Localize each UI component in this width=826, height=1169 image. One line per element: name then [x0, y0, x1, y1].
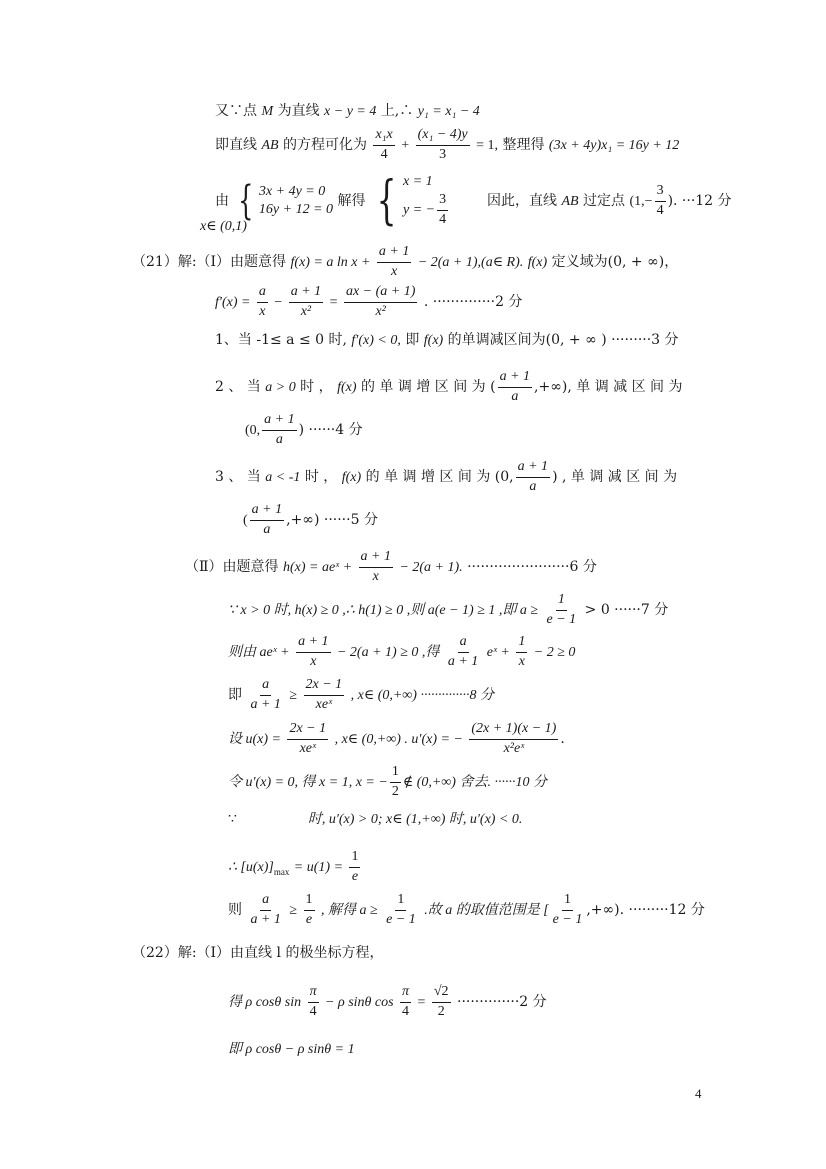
numerator: a + 1	[296, 635, 330, 653]
math: f′(x) =	[215, 295, 250, 310]
part2-line5: 设 u(x) = 2x − 1xeˣ , x∈ (0,+∞) . u′(x) =…	[228, 722, 565, 756]
case-2: 2 、 当 a > 0 时 ， f(x) 的 单 调 增 区 间 为 (a + …	[215, 370, 683, 404]
text: 整理得	[502, 137, 544, 153]
part2-line8: ∴ [u(x)]max = u(1) = 1e	[228, 850, 362, 884]
math: , x∈ (0,+∞) ··············8 分	[351, 688, 494, 703]
numerator: 1	[562, 893, 573, 911]
math: +	[401, 138, 409, 153]
line-system-solve: 由 { 3x + 4y = 0 16y + 12 = 0 解得 { x = 1 …	[215, 175, 732, 227]
text: 1、当 -1≤ a ≤ 0 时,	[215, 332, 347, 348]
numerator: 1	[390, 765, 401, 783]
equation: x = 1	[403, 175, 450, 189]
denominator: a	[261, 521, 272, 538]
denominator: e	[304, 911, 314, 928]
denominator: 2	[390, 783, 401, 800]
numerator: 2x − 1	[287, 722, 328, 740]
text: 即直线	[215, 137, 257, 153]
math: y₁ = x₁ − 4	[418, 104, 480, 119]
equation-system: { 3x + 4y = 0 16y + 12 = 0	[233, 181, 333, 221]
text: 又∵点	[215, 103, 257, 119]
math: a < -1	[265, 470, 300, 485]
math: − 2(a + 1),(a∈ R).	[418, 255, 523, 270]
text: ∵	[228, 811, 237, 827]
numerator: 1	[304, 893, 315, 911]
math: − ρ sinθ cos	[325, 995, 394, 1010]
math: a > 0	[265, 380, 295, 395]
text: 2 、 当	[215, 379, 261, 395]
page-number: 4	[695, 1086, 702, 1102]
math: − 2 ≥ 0	[534, 645, 576, 660]
text: 上,∴	[381, 103, 413, 119]
text: ,+∞), 单 调 减 区 间 为	[534, 379, 682, 395]
denominator: x²	[373, 303, 387, 320]
text: 即	[405, 332, 419, 348]
denominator: 4	[379, 146, 390, 163]
math: f(x)	[342, 470, 361, 485]
math: ≥	[289, 688, 297, 703]
math: ∵ x > 0 时, h(x) ≥ 0 ,∴ h(1) ≥ 0 ,则 a(e −…	[228, 603, 538, 618]
denominator: 3	[437, 146, 448, 163]
math: x − y = 4	[324, 104, 376, 119]
q21-heading: （21）解:（Ⅰ）由题意得 f(x) = a ln x + a + 1x − 2…	[132, 245, 678, 279]
math: f(x)	[337, 380, 356, 395]
math: AB	[561, 194, 578, 209]
math: f(x)	[424, 333, 443, 348]
equation: 16y + 12 = 0	[259, 203, 333, 217]
numerator: √2	[432, 985, 451, 1003]
text: 为直线	[278, 103, 320, 119]
denominator: a	[274, 431, 285, 448]
text: 的 单 调 增 区 间 为 (	[361, 379, 496, 395]
math: f′(x) < 0,	[351, 333, 400, 348]
numerator: a + 1	[377, 245, 411, 263]
fraction: x₁x4	[373, 128, 394, 162]
question-label: （21）解:（Ⅰ）由题意得	[132, 254, 286, 270]
denominator: e − 1	[551, 911, 585, 928]
numerator: 3	[437, 193, 448, 211]
math: = 1,	[476, 138, 498, 153]
math: − 2(a + 1).	[399, 560, 462, 575]
score-text: ·······················6 分	[463, 559, 597, 575]
math: =	[418, 995, 426, 1010]
part2-heading: （Ⅱ）由题意得 h(x) = aeˣ + a + 1x − 2(a + 1). …	[185, 550, 597, 584]
score-text: ). ···12 分	[668, 193, 732, 209]
numerator: a	[260, 893, 271, 911]
text: ) , 单 调 减 区 间 为	[552, 469, 677, 485]
score-text: . ··············2 分	[424, 294, 523, 310]
denominator: xeˣ	[298, 740, 318, 757]
math: 令 u′(x) = 0, 得 x = 1, x = −	[228, 775, 388, 790]
math: = u(1) =	[294, 860, 343, 875]
denominator: x	[257, 303, 267, 320]
case-2-cont: (0,a + 1a) ······4 分	[245, 413, 363, 447]
numerator: a	[260, 678, 271, 696]
part2-line6: 令 u′(x) = 0, 得 x = 1, x = −12∉ (0,+∞) 舍去…	[228, 765, 547, 799]
numerator: 1	[349, 850, 360, 868]
numerator: a + 1	[250, 503, 284, 521]
equation: 3x + 4y = 0	[259, 185, 333, 199]
math: ≥	[289, 903, 297, 918]
math: − 2(a + 1) ≥ 0 ,得	[337, 645, 439, 660]
math: (0,	[245, 423, 260, 438]
numerator: π	[400, 985, 411, 1003]
numerator: x₁x	[373, 128, 394, 146]
math: −	[274, 295, 282, 310]
denominator: 4	[400, 1003, 411, 1020]
text: 解得	[337, 193, 365, 209]
math: , 解得 a ≥	[321, 903, 378, 918]
math: (3x + 4y)x₁ = 16y + 12	[549, 138, 679, 153]
numerator: a + 1	[498, 370, 532, 388]
text: 过定点	[583, 193, 625, 209]
numerator: (x₁ − 4)y	[416, 128, 470, 146]
part2-line4: 即 aa + 1 ≥ 2x − 1xeˣ , x∈ (0,+∞) ·······…	[228, 678, 494, 712]
denominator: a	[527, 478, 538, 495]
math: .	[560, 731, 564, 747]
numerator: 3	[655, 184, 666, 202]
numerator: a + 1	[516, 460, 550, 478]
numerator: a + 1	[262, 413, 296, 431]
line-point-m: 又∵点 M 为直线 x − y = 4 上,∴ y₁ = x₁ − 4	[215, 104, 480, 119]
line-ab-equation: 即直线 AB 的方程可化为 x₁x4 + (x₁ − 4)y3 = 1, 整理得…	[215, 128, 679, 162]
subscript: max	[274, 867, 290, 877]
q21-derivative: f′(x) = ax − a + 1x² = ax − (a + 1)x² . …	[215, 285, 522, 319]
numerator: (2x + 1)(x − 1)	[469, 722, 558, 740]
math: =	[330, 295, 338, 310]
q22-line2: 得 ρ cosθ sin π4 − ρ sinθ cos π4 = √22 ··…	[228, 985, 547, 1019]
denominator: 2	[436, 1003, 447, 1020]
score-text: ··············2 分	[457, 994, 547, 1010]
denominator: x	[389, 263, 399, 280]
numerator: a + 1	[289, 285, 323, 303]
part2-line3: 则由 aeˣ + a + 1x − 2(a + 1) ≥ 0 ,得 aa + 1…	[228, 635, 575, 669]
denominator: a	[509, 388, 520, 405]
denominator: xeˣ	[314, 696, 334, 713]
denominator: e − 1	[384, 911, 418, 928]
math: 则由 aeˣ +	[228, 645, 290, 660]
numerator: ax − (a + 1)	[344, 285, 417, 303]
denominator: e	[350, 868, 360, 885]
math: M	[261, 104, 273, 119]
math: 时, u′(x) > 0; x∈ (1,+∞) 时, u′(x) < 0.	[308, 812, 523, 827]
stray-domain-text: x∈ (0,1)	[200, 220, 247, 234]
score-text: > 0 ······7 分	[585, 602, 669, 618]
denominator: a + 1	[248, 696, 282, 713]
text: 时 ，	[300, 379, 332, 395]
part2-line2: ∵ x > 0 时, h(x) ≥ 0 ,∴ h(1) ≥ 0 ,则 a(e −…	[228, 593, 668, 627]
denominator: e − 1	[545, 611, 579, 628]
denominator: x	[308, 653, 318, 670]
left-brace-icon: {	[377, 175, 397, 227]
denominator: 4	[655, 202, 666, 219]
math: eˣ +	[487, 645, 510, 660]
math: (1,−	[630, 194, 653, 209]
part2-line7: ∵ 时, u′(x) > 0; x∈ (1,+∞) 时, u′(x) < 0.	[228, 812, 522, 827]
text: 3 、 当	[215, 469, 261, 485]
denominator: x	[517, 653, 527, 670]
numerator: 1	[516, 635, 527, 653]
math: h(x) = aeˣ +	[283, 560, 352, 575]
q22-line3: 即 ρ cosθ − ρ sinθ = 1	[228, 1043, 355, 1057]
text: 定义域为(0, + ∞)，	[552, 254, 679, 270]
math: 设 u(x) =	[228, 732, 281, 747]
text: 的单调减区间为(0, + ∞ ) ·········3 分	[448, 332, 679, 348]
numerator: a	[458, 635, 469, 653]
text: 的 单 调 增 区 间 为 (0,	[366, 469, 514, 485]
denominator: a + 1	[446, 653, 480, 670]
numerator: a + 1	[359, 550, 393, 568]
text: 因此，直线	[487, 193, 557, 209]
numerator: π	[308, 985, 319, 1003]
denominator: a + 1	[248, 911, 282, 928]
denominator: 4	[308, 1003, 319, 1020]
math: ∉ (0,+∞) 舍去. ······10 分	[403, 775, 547, 790]
math: .故 a 的取值范围是 [	[424, 903, 548, 918]
text: 时 ，	[305, 469, 337, 485]
math: ∴ [u(x)]	[228, 860, 274, 875]
math: f(x)	[528, 255, 547, 270]
numerator: 1	[395, 893, 406, 911]
text: 的方程可化为	[283, 137, 367, 153]
numerator: a	[257, 285, 268, 303]
solution-system: { x = 1 y = −34	[370, 175, 450, 227]
math: (	[243, 513, 248, 528]
text: 即	[228, 687, 242, 703]
part2-line9: 则 aa + 1 ≥ 1e , 解得 a ≥ 1e − 1 .故 a 的取值范围…	[228, 893, 705, 927]
case-3: 3 、 当 a < -1 时 ， f(x) 的 单 调 增 区 间 为 (0,a…	[215, 460, 677, 494]
part-label: （Ⅱ）由题意得	[185, 559, 279, 575]
score-text: ,+∞). ·········12 分	[586, 902, 705, 918]
case-3-cont: (a + 1a,+∞) ······5 分	[243, 503, 378, 537]
fraction: (x₁ − 4)y3	[416, 128, 470, 162]
numerator: 2x − 1	[304, 678, 345, 696]
denominator: 4	[437, 211, 448, 228]
score-text: ) ······4 分	[299, 422, 363, 438]
score-text: ,+∞) ······5 分	[286, 512, 378, 528]
denominator: x	[371, 568, 381, 585]
text: 由	[215, 193, 229, 209]
denominator: x²	[299, 303, 313, 320]
math: 得 ρ cosθ sin	[228, 995, 301, 1010]
denominator: x²eˣ	[502, 740, 527, 757]
math: AB	[261, 138, 278, 153]
math: , x∈ (0,+∞) . u′(x) = −	[335, 732, 463, 747]
numerator: 1	[556, 593, 567, 611]
equation: y = −	[403, 202, 435, 217]
left-brace-icon: {	[239, 181, 254, 221]
text: 则	[228, 902, 242, 918]
math: f(x) = a ln x +	[291, 255, 371, 270]
case-1: 1、当 -1≤ a ≤ 0 时, f′(x) < 0, 即 f(x) 的单调减区…	[215, 333, 679, 348]
q22-heading: （22）解:（Ⅰ）由直线 l 的极坐标方程，	[132, 946, 383, 960]
